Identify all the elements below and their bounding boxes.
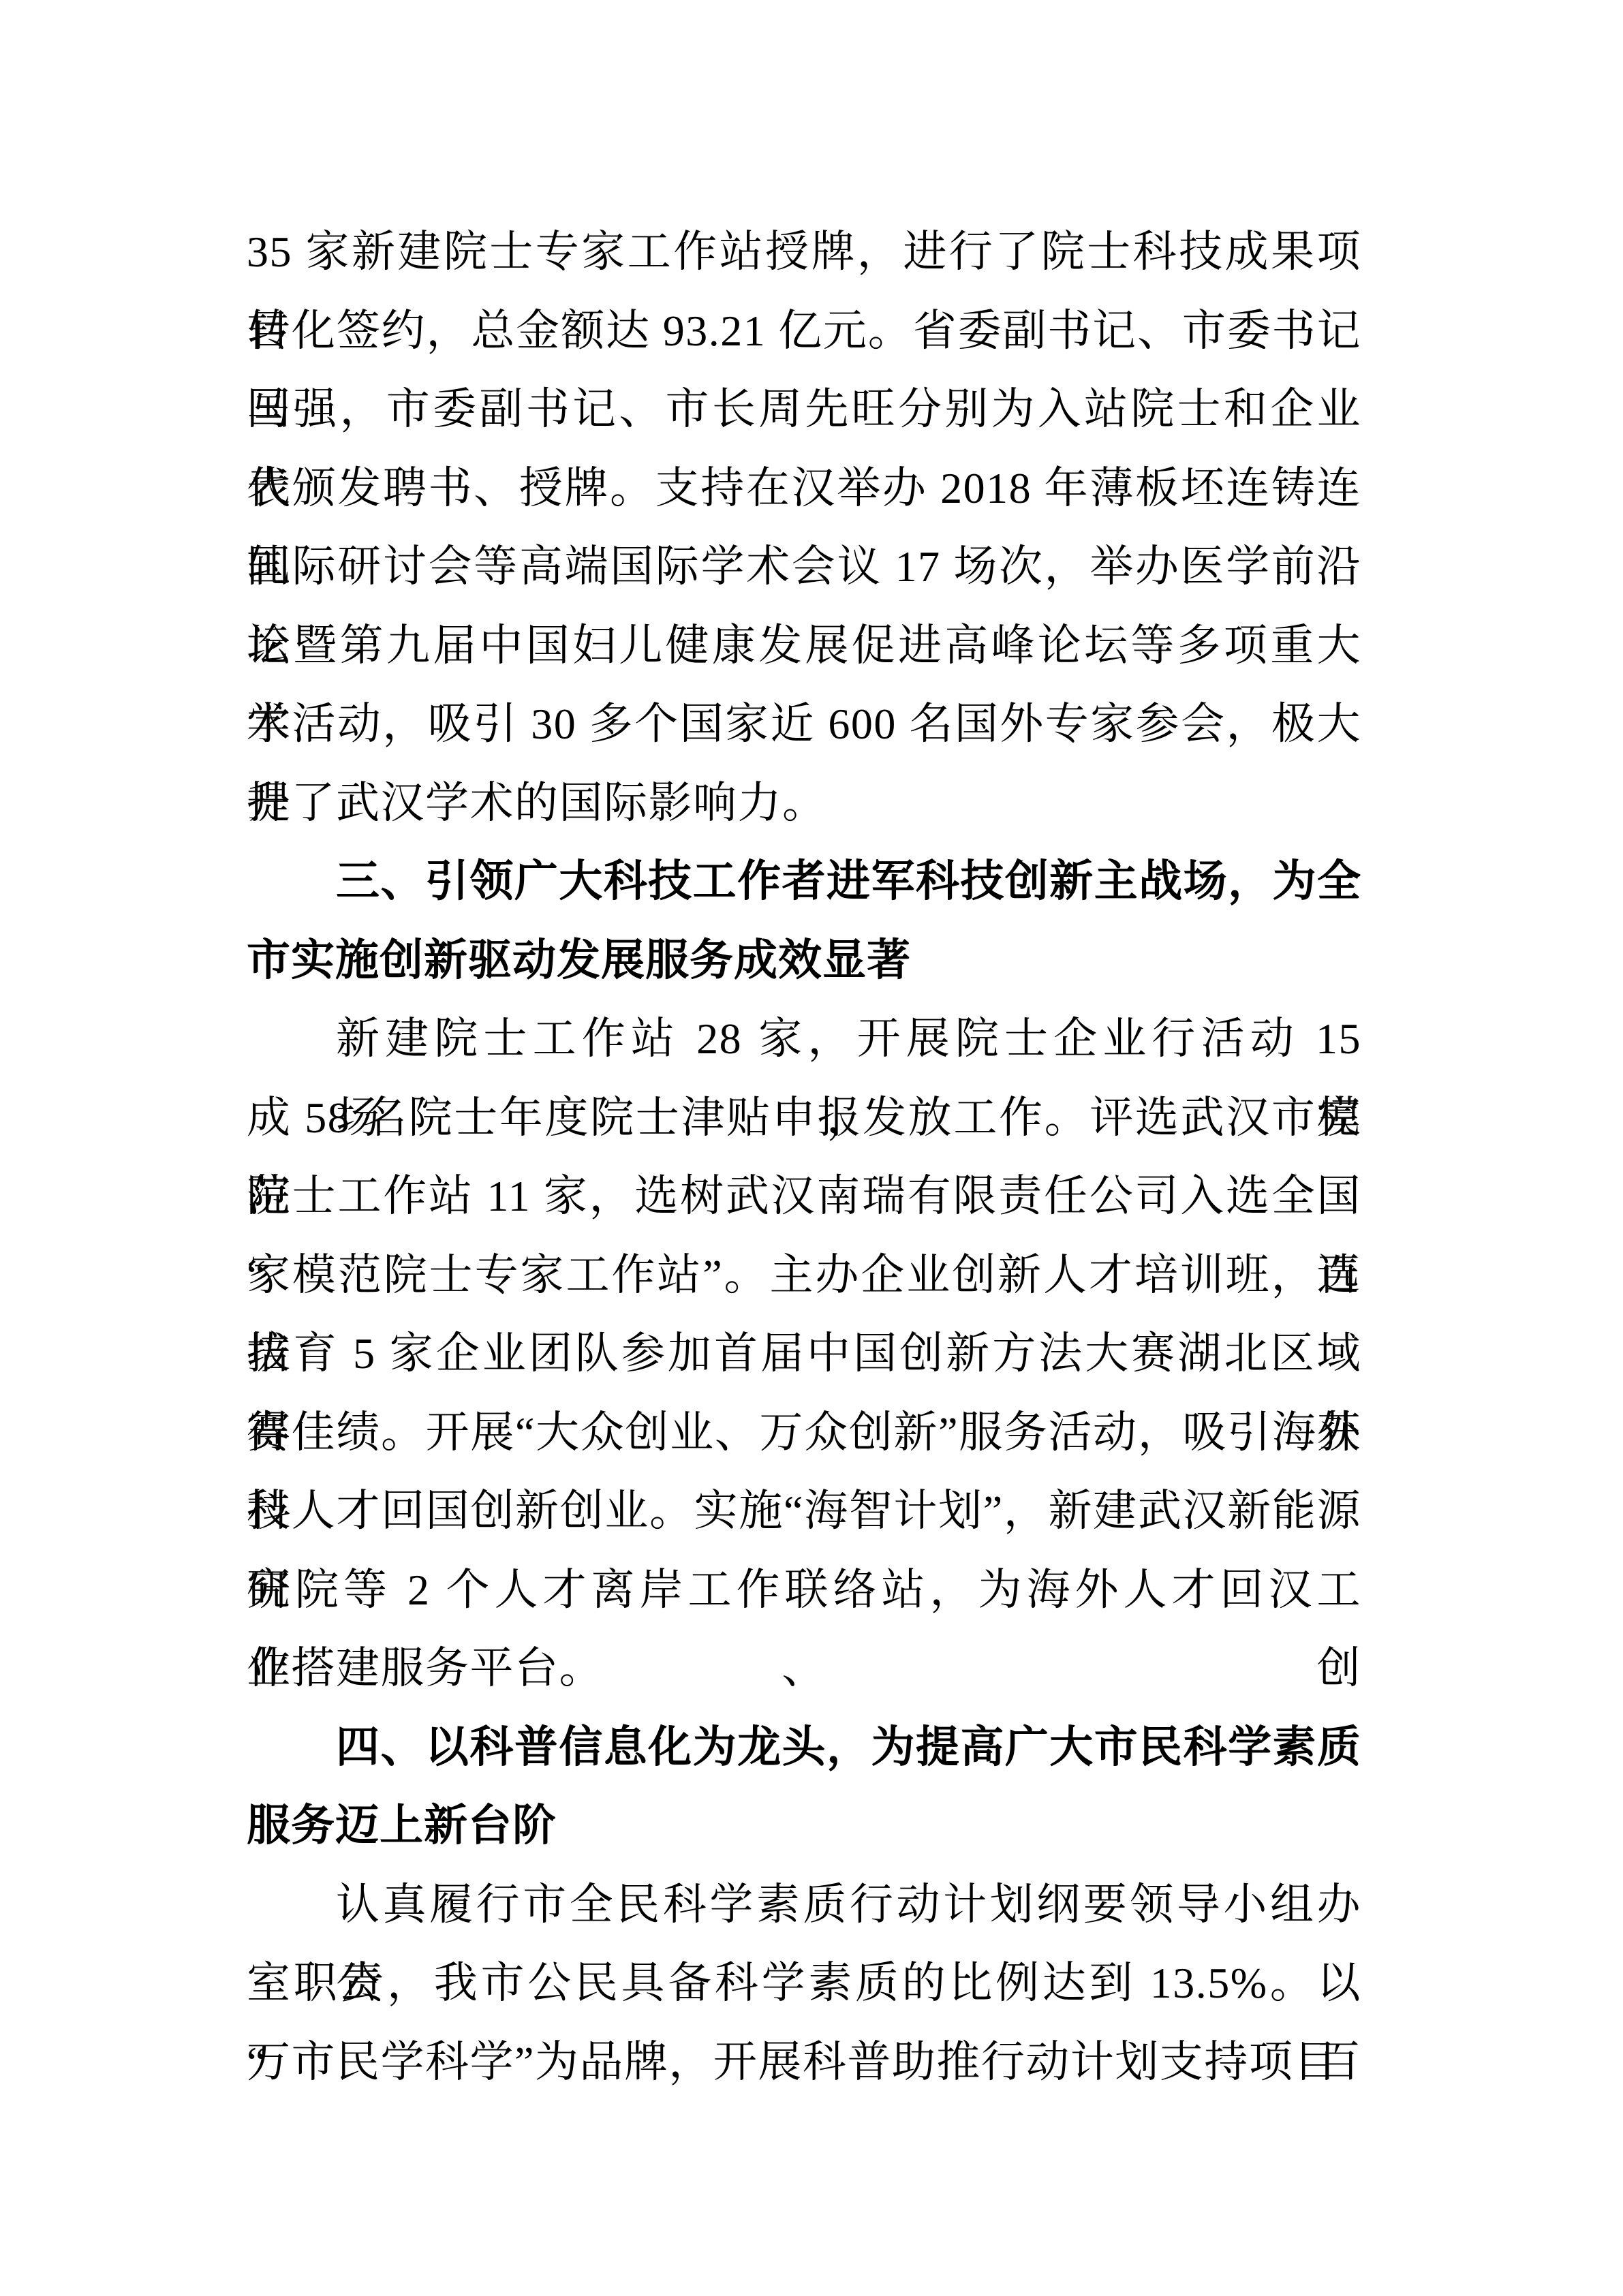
text-line: 升了武汉学术的国际影响力。 xyxy=(247,764,1361,843)
text-line: 院士工作站 11 家，选树武汉南瑞有限责任公司入选全国“百 xyxy=(247,1157,1361,1236)
text-line: 培育 5 家企业团队参加首届中国创新方法大赛湖北区域赛获 xyxy=(247,1314,1361,1393)
text-line: 35 家新建院士专家工作站授牌，进行了院士科技成果项目 xyxy=(247,213,1361,292)
text-line: 国强，市委副书记、市长周先旺分别为入站院士和企业代 xyxy=(247,370,1361,449)
text-line: 新建院士工作站 28 家，开展院士企业行活动 15 场，完 xyxy=(247,999,1361,1079)
text-line: 万市民学科学”为品牌，开展科普助推行动计划支持项目 xyxy=(247,2023,1361,2102)
text-line: 认真履行市全民科学素质行动计划纲要领导小组办公 xyxy=(247,1865,1361,1944)
section-heading-line: 服务迈上新台阶 xyxy=(247,1786,1361,1865)
text-line: 坛暨第九届中国妇儿健康发展促进高峰论坛等多项重大学 xyxy=(247,606,1361,685)
text-line: 表颁发聘书、授牌。支持在汉举办 2018 年薄板坯连铸连轧 xyxy=(247,449,1361,528)
text-line: 术活动，吸引 30 多个国家近 600 名国外专家参会，极大提 xyxy=(247,685,1361,764)
section-heading-line: 市实施创新驱动发展服务成效显著 xyxy=(247,921,1361,1000)
text-line: 转化签约，总金额达 93.21 亿元。省委副书记、市委书记马 xyxy=(247,292,1361,371)
text-line: 得佳绩。开展“大众创业、万众创新”服务活动，吸引海外科 xyxy=(247,1393,1361,1472)
text-line: 究院等 2 个人才离岸工作联络站，为海外人才回汉工作、创 xyxy=(247,1551,1361,1630)
document-page: 35 家新建院士专家工作站授牌，进行了院士科技成果项目 转化签约，总金额达 93… xyxy=(0,0,1623,2296)
text-line: 家模范院士专家工作站”。主办企业创新人才培训班，选拔 xyxy=(247,1236,1361,1315)
section-heading-line: 三、引领广大科技工作者进军科技创新主战场，为全 xyxy=(247,842,1361,921)
text-line: 国际研讨会等高端国际学术会议 17 场次，举办医学前沿论 xyxy=(247,527,1361,606)
text-line: 成 58 名院士年度院士津贴申报发放工作。评选武汉市模范 xyxy=(247,1079,1361,1158)
section-heading-line: 四、以科普信息化为龙头，为提高广大市民科学素质 xyxy=(247,1708,1361,1787)
document-text-block: 35 家新建院士专家工作站授牌，进行了院士科技成果项目 转化签约，总金额达 93… xyxy=(247,213,1361,2101)
text-line: 室职责，我市公民具备科学素质的比例达到 13.5%。以“百 xyxy=(247,1944,1361,2023)
text-line: 技人才回国创新创业。实施“海智计划”，新建武汉新能源研 xyxy=(247,1472,1361,1551)
